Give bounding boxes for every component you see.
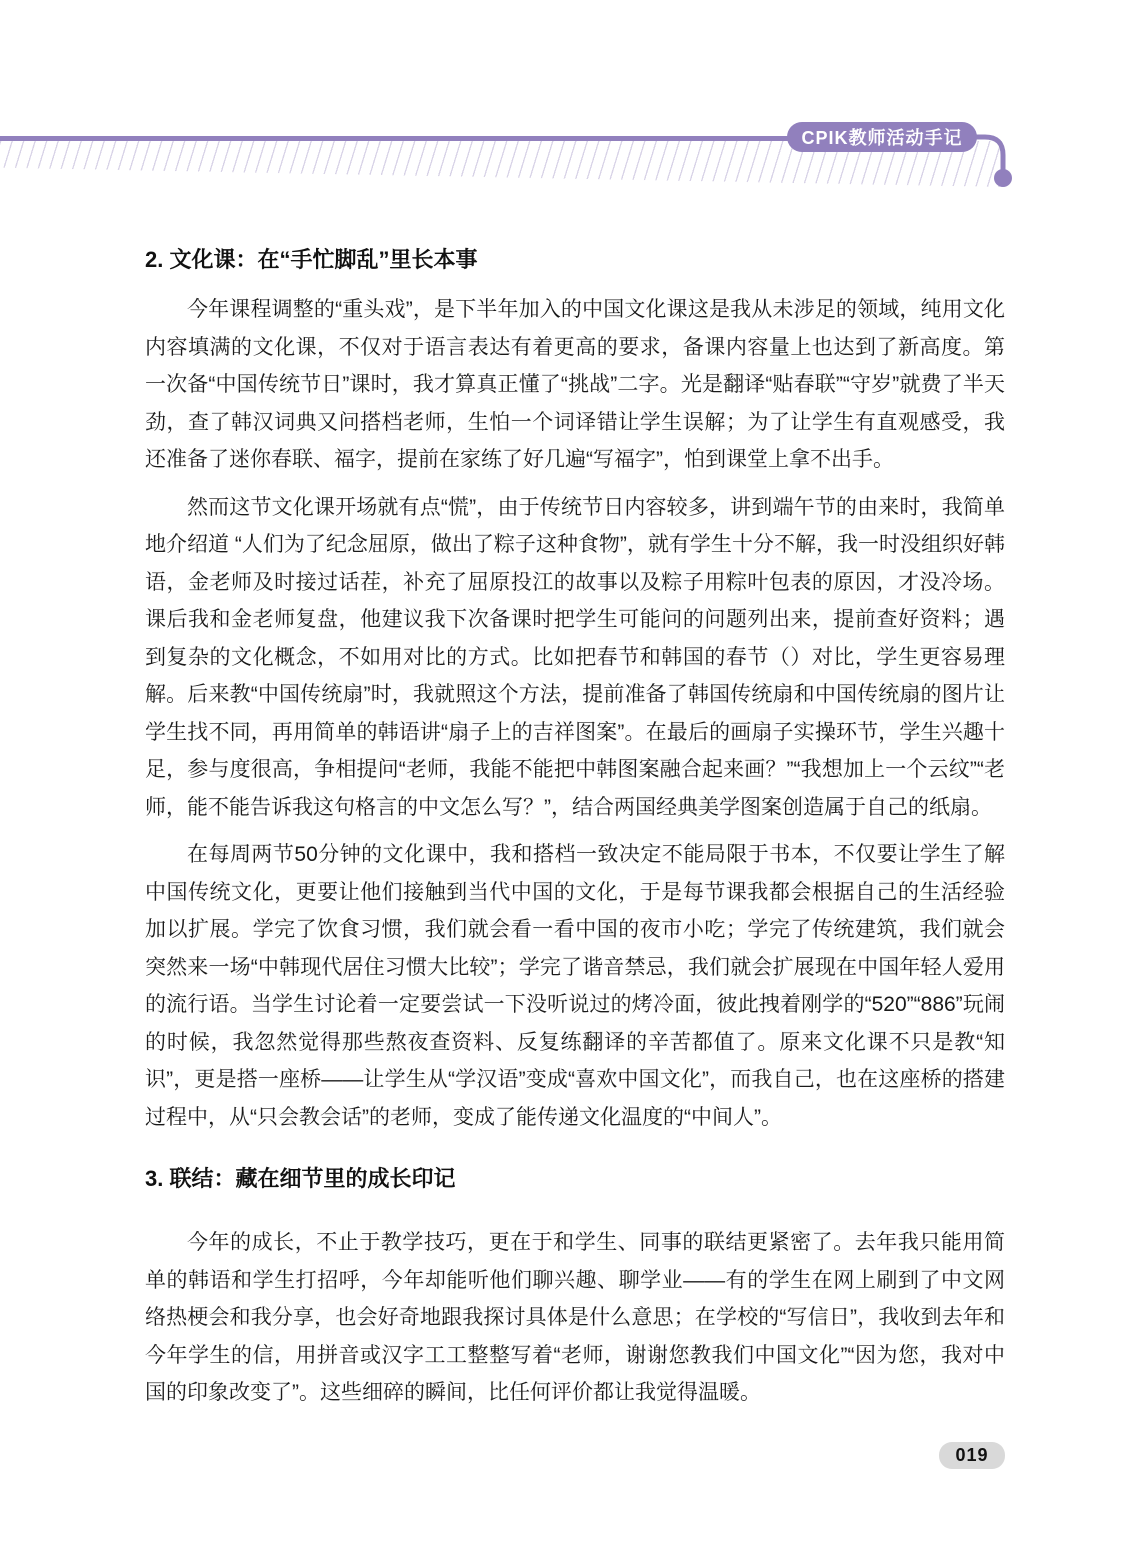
section-heading-culture-class: 2. 文化课：在“手忙脚乱”里长本事 [145,245,1005,275]
header-chapter-badge-label: CPIK教师活动手记 [801,124,962,150]
page-number-badge: 019 [939,1442,1005,1469]
body-paragraph: 今年的成长，不止于教学技巧，更在于和学生、同事的联结更紧密了。去年我只能用简单的… [145,1224,1005,1412]
header-rule-line [0,136,800,141]
section-heading-connection: 3. 联结：藏在细节里的成长印记 [145,1164,1005,1194]
page-content: 2. 文化课：在“手忙脚乱”里长本事 今年课程调整的“重头戏”，是下半年加入的中… [145,245,1005,1422]
header-connector-dot-icon [994,169,1012,187]
page-number: 019 [955,1445,988,1466]
body-paragraph: 在每周两节50分钟的文化课中，我和搭档一致决定不能局限于书本，不仅要让学生了解中… [145,836,1005,1136]
header-chapter-badge: CPIK教师活动手记 [787,122,977,152]
body-paragraph: 今年课程调整的“重头戏”，是下半年加入的中国文化课这是我从未涉足的领域，纯用文化… [145,291,1005,479]
body-paragraph: 然而这节文化课开场就有点“慌”，由于传统节日内容较多，讲到端午节的由来时，我简单… [145,489,1005,827]
